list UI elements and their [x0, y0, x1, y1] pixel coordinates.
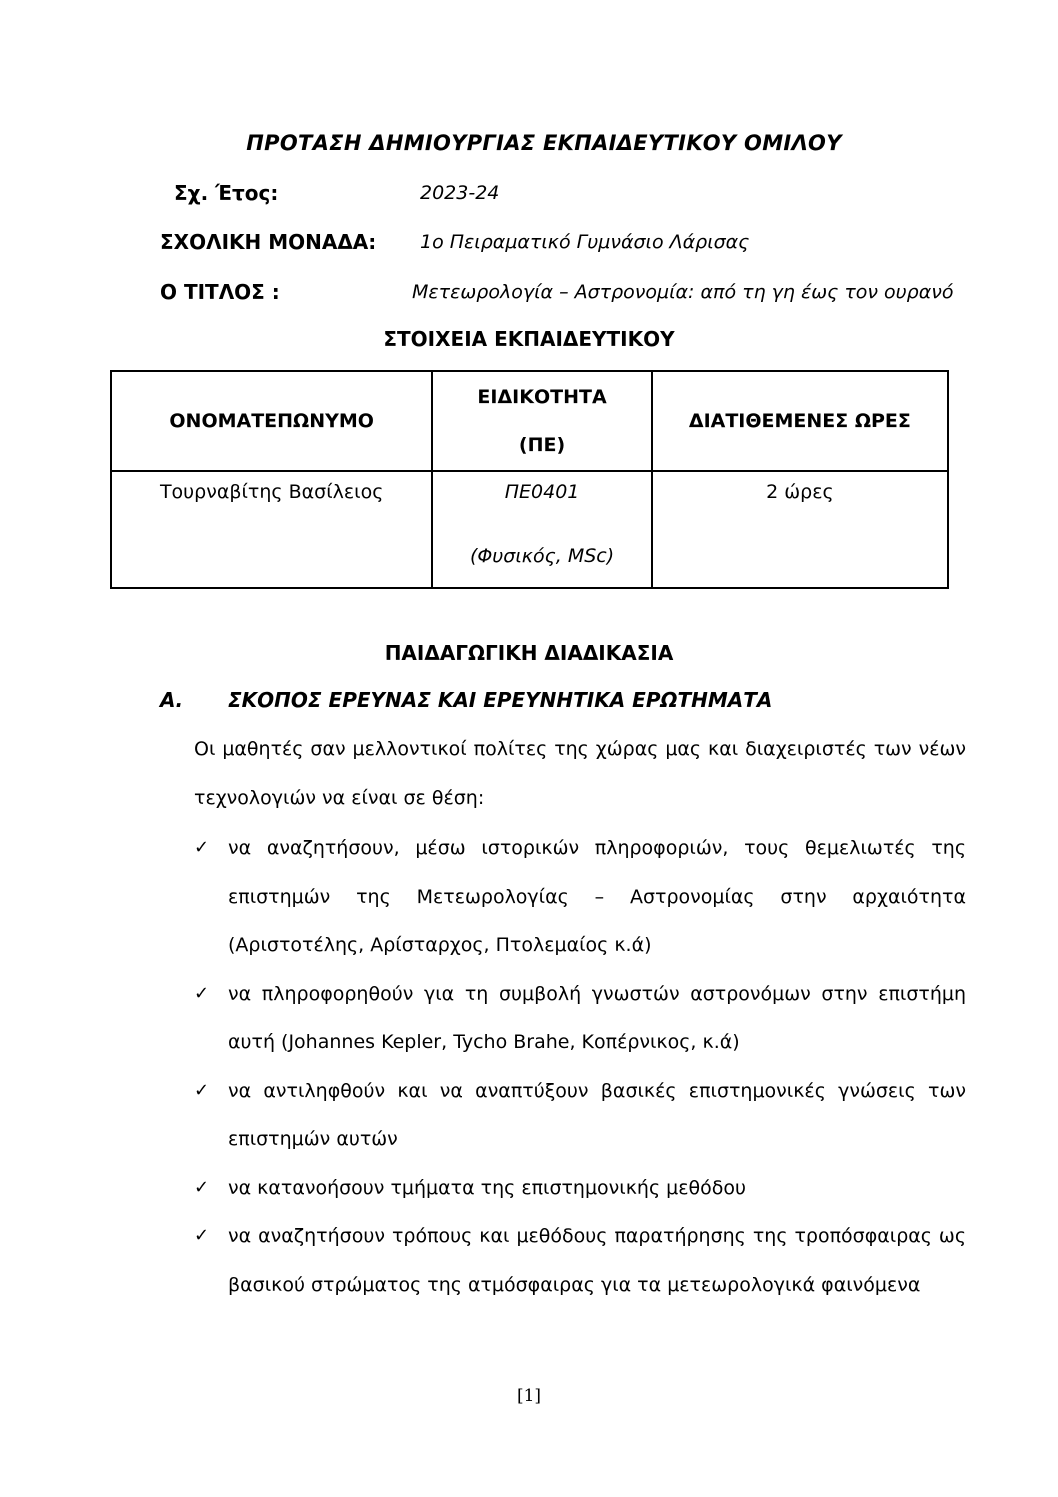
list-item: ✓να αντιληφθούν και να αναπτύξουν βασικέ…: [194, 1067, 966, 1164]
checkmark-icon: ✓: [194, 1212, 209, 1261]
page-number: [1]: [0, 1386, 1058, 1406]
list-item: ✓να αναζητήσουν τρόπους και μεθόδους παρ…: [194, 1212, 966, 1309]
objective-text: να αναζητήσουν, μέσω ιστορικών πληροφορι…: [228, 837, 966, 956]
table-row: Τουρναβίτης Βασίλειος ΠΕ0401 (Φυσικός, M…: [111, 471, 948, 588]
school-year-value: 2023-24: [420, 182, 499, 204]
objective-text: να αναζητήσουν τρόπους και μεθόδους παρα…: [228, 1225, 966, 1296]
checkmark-icon: ✓: [194, 1067, 209, 1116]
school-year-label: Σχ. Έτος:: [174, 181, 278, 205]
header-name: ΟΝΟΜΑΤΕΠΩΝΥΜΟ: [111, 371, 432, 471]
school-unit-value: 1ο Πειραματικό Γυμνάσιο Λάρισας: [420, 231, 749, 253]
specialty-code: ΠΕ0401: [433, 475, 650, 509]
section-a-title: ΣΚΟΠΟΣ ΕΡΕΥΝΑΣ ΚΑΙ ΕΡΕΥΝΗΤΙΚΑ ΕΡΩΤΗΜΑΤΑ: [228, 688, 772, 712]
objective-text: να κατανοήσουν τμήματα της επιστημονικής…: [228, 1177, 746, 1199]
header-specialty: ΕΙΔΙΚΟΤΗΤΑ (ΠΕ): [432, 371, 651, 471]
objectives-list: ✓να αναζητήσουν, μέσω ιστορικών πληροφορ…: [194, 824, 966, 1309]
cell-specialty: ΠΕ0401 (Φυσικός, MSc): [432, 471, 651, 588]
teacher-info-table: ΟΝΟΜΑΤΕΠΩΝΥΜΟ ΕΙΔΙΚΟΤΗΤΑ (ΠΕ) ΔΙΑΤΙΘΕΜΕΝ…: [110, 370, 949, 589]
objective-text: να πληροφορηθούν για τη συμβολή γνωστών …: [228, 983, 966, 1054]
section-a-letter: Α.: [160, 688, 228, 712]
section-a-intro: Οι μαθητές σαν μελλοντικοί πολίτες της χ…: [194, 725, 966, 822]
teacher-section-heading: ΣΤΟΙΧΕΙΑ ΕΚΠΑΙΔΕΥΤΙΚΟΥ: [0, 327, 1058, 351]
document-title: ΠΡΟΤΑΣΗ ΔΗΜΙΟΥΡΓΙΑΣ ΕΚΠΑΙΔΕΥΤΙΚΟΥ ΟΜΙΛΟΥ: [0, 131, 1058, 155]
cell-teacher-name: Τουρναβίτης Βασίλειος: [111, 471, 432, 588]
project-title-value: Μετεωρολογία – Αστρονομία: από τη γη έως…: [412, 281, 954, 303]
header-specialty-line1: ΕΙΔΙΚΟΤΗΤΑ: [433, 373, 650, 421]
specialty-description: (Φυσικός, MSc): [433, 539, 650, 573]
list-item: ✓να αναζητήσουν, μέσω ιστορικών πληροφορ…: [194, 824, 966, 970]
project-title-label: Ο ΤΙΤΛΟΣ :: [160, 280, 280, 304]
checkmark-icon: ✓: [194, 824, 209, 873]
checkmark-icon: ✓: [194, 970, 209, 1019]
cell-hours: 2 ώρες: [652, 471, 948, 588]
header-specialty-line2: (ΠΕ): [433, 421, 650, 469]
objective-text: να αντιληφθούν και να αναπτύξουν βασικές…: [228, 1080, 966, 1151]
pedagogy-heading: ΠΑΙΔΑΓΩΓΙΚΗ ΔΙΑΔΙΚΑΣΙΑ: [0, 641, 1058, 665]
header-hours: ΔΙΑΤΙΘΕΜΕΝΕΣ ΩΡΕΣ: [652, 371, 948, 471]
checkmark-icon: ✓: [194, 1164, 209, 1213]
table-header-row: ΟΝΟΜΑΤΕΠΩΝΥΜΟ ΕΙΔΙΚΟΤΗΤΑ (ΠΕ) ΔΙΑΤΙΘΕΜΕΝ…: [111, 371, 948, 471]
school-unit-label: ΣΧΟΛΙΚΗ ΜΟΝΑΔΑ:: [160, 230, 376, 254]
section-a-heading: Α.ΣΚΟΠΟΣ ΕΡΕΥΝΑΣ ΚΑΙ ΕΡΕΥΝΗΤΙΚΑ ΕΡΩΤΗΜΑΤ…: [160, 688, 772, 712]
list-item: ✓να πληροφορηθούν για τη συμβολή γνωστών…: [194, 970, 966, 1067]
list-item: ✓να κατανοήσουν τμήματα της επιστημονική…: [194, 1164, 966, 1213]
